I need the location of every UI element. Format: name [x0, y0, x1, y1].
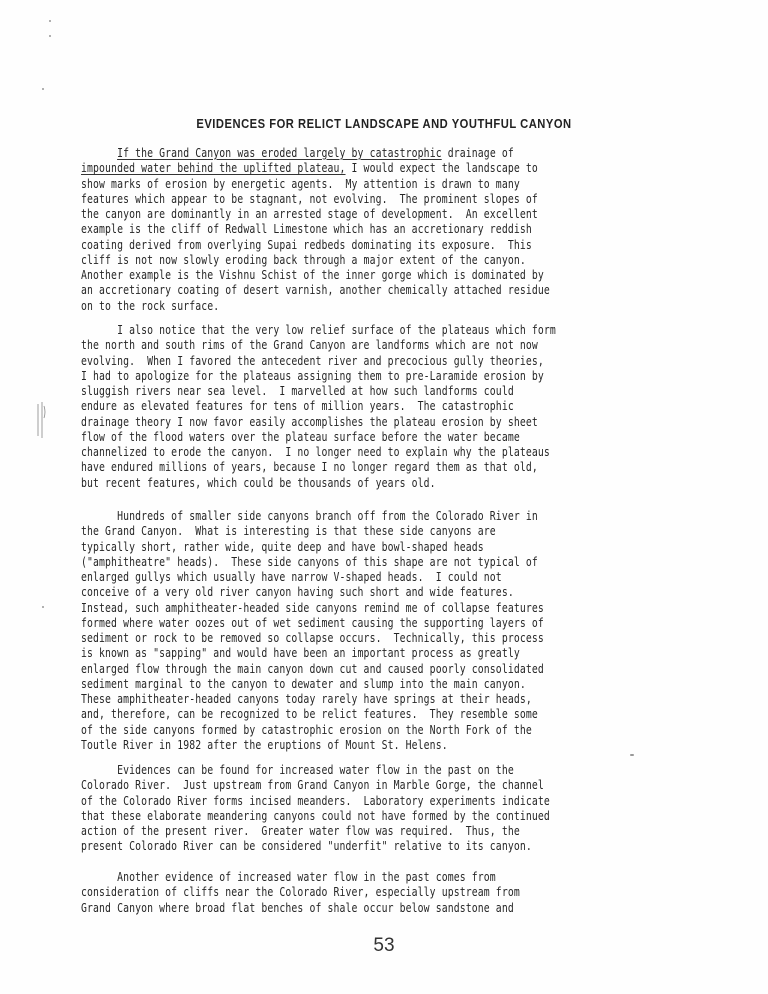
underlined-phrase: If the Grand Canyon was eroded largely b… — [117, 145, 442, 160]
text-line: an accretionary coating of desert varnis… — [81, 282, 547, 297]
text-line: I also notice that the very low relief s… — [81, 322, 547, 337]
text-line: of the side canyons formed by catastroph… — [81, 722, 547, 737]
text-line: Another example is the Vishnu Schist of … — [81, 267, 547, 282]
text-line: sediment or rock to be removed so collap… — [81, 630, 547, 645]
paragraph-3: Hundreds of smaller side canyons branch … — [81, 508, 671, 752]
text-line: present Colorado River can be considered… — [81, 838, 547, 853]
text-line: impounded water behind the uplifted plat… — [81, 160, 547, 175]
text-line: action of the present river. Greater wat… — [81, 823, 547, 838]
text-line: that these elaborate meandering canyons … — [81, 808, 547, 823]
text-line: of the Colorado River forms incised mean… — [81, 793, 547, 808]
text-line: If the Grand Canyon was eroded largely b… — [81, 145, 547, 160]
scan-speck — [42, 606, 44, 608]
text-line: enlarged gullys which usually have narro… — [81, 569, 547, 584]
handwritten-margin-mark — [35, 400, 47, 440]
page-number: 53 — [0, 935, 768, 957]
paragraph-4: Evidences can be found for increased wat… — [81, 762, 671, 854]
text-line: conceive of a very old river canyon havi… — [81, 584, 547, 599]
text-line: the canyon are dominantly in an arrested… — [81, 206, 547, 221]
paragraph-2: I also notice that the very low relief s… — [81, 322, 671, 490]
paragraph-1: If the Grand Canyon was eroded largely b… — [81, 145, 671, 313]
text-line: ("amphitheatre" heads). These side canyo… — [81, 554, 547, 569]
text-line: endure as elevated features for tens of … — [81, 398, 547, 413]
text-line: Evidences can be found for increased wat… — [81, 762, 547, 777]
text-line: the north and south rims of the Grand Ca… — [81, 337, 547, 352]
text-line: Another evidence of increased water flow… — [81, 869, 547, 884]
paragraph-5: Another evidence of increased water flow… — [81, 869, 671, 915]
text-line: evolving. When I favored the antecedent … — [81, 353, 547, 368]
text-line: on to the rock surface. — [81, 298, 547, 313]
document-page: EVIDENCES FOR RELICT LANDSCAPE AND YOUTH… — [0, 0, 768, 994]
text-line: enlarged flow through the main canyon do… — [81, 661, 547, 676]
text-line: but recent features, which could be thou… — [81, 475, 547, 490]
text-line: channelized to erode the canyon. I no lo… — [81, 444, 547, 459]
text-line: coating derived from overlying Supai red… — [81, 237, 547, 252]
text-line: the Grand Canyon. What is interesting is… — [81, 523, 547, 538]
text-line: features which appear to be stagnant, no… — [81, 191, 547, 206]
text-line: Hundreds of smaller side canyons branch … — [81, 508, 547, 523]
text-line: have endured millions of years, because … — [81, 459, 547, 474]
text-line: sediment marginal to the canyon to dewat… — [81, 676, 547, 691]
text-line: Colorado River. Just upstream from Grand… — [81, 777, 547, 792]
text-line: sluggish rivers near sea level. I marvel… — [81, 383, 547, 398]
underlined-phrase: impounded water behind the uplifted plat… — [81, 160, 346, 175]
scan-speck — [42, 88, 44, 90]
text-line: consideration of cliffs near the Colorad… — [81, 884, 547, 899]
text-line: drainage theory I now favor easily accom… — [81, 414, 547, 429]
scan-speck — [49, 35, 51, 37]
text-line: formed where water oozes out of wet sedi… — [81, 615, 547, 630]
text-line: I had to apologize for the plateaus assi… — [81, 368, 547, 383]
text-line: show marks of erosion by energetic agent… — [81, 176, 547, 191]
page-title: EVIDENCES FOR RELICT LANDSCAPE AND YOUTH… — [54, 116, 714, 131]
text-line: flow of the flood waters over the platea… — [81, 429, 547, 444]
text-line: example is the cliff of Redwall Limeston… — [81, 221, 547, 236]
text-line: Grand Canyon where broad flat benches of… — [81, 900, 547, 915]
text-line: and, therefore, can be recognized to be … — [81, 706, 547, 721]
text-line: Toutle River in 1982 after the eruptions… — [81, 737, 547, 752]
text-line: Instead, such amphitheater-headed side c… — [81, 600, 547, 615]
scan-speck — [630, 754, 634, 756]
text-line: typically short, rather wide, quite deep… — [81, 539, 547, 554]
text-line: is known as "sapping" and would have bee… — [81, 645, 547, 660]
scan-speck — [49, 20, 51, 22]
text-line: These amphitheater-headed canyons today … — [81, 691, 547, 706]
text-line: cliff is not now slowly eroding back thr… — [81, 252, 547, 267]
